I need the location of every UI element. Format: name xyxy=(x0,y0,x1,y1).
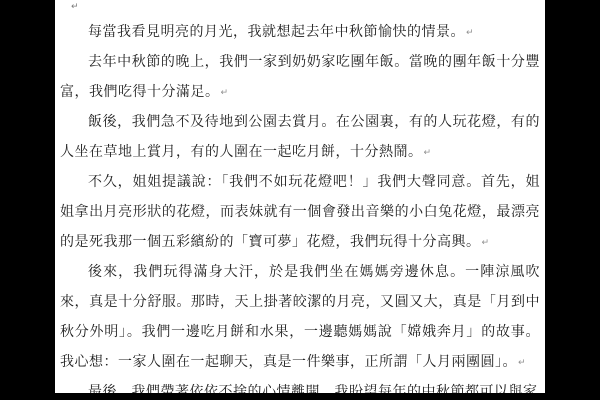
paragraph-text: 不久，姐姐提議說：「我們不如玩花燈吧！」我們大聲同意。首先，姐姐拿出月亮形狀的花… xyxy=(60,175,540,250)
paragraph-return-icon: ↵ xyxy=(220,88,229,98)
paragraph: 去年中秋節的晚上，我們一家到奶奶家吃團年飯。當晚的團年飯十分豐富，我們吃得十分滿… xyxy=(60,48,540,108)
essay-body: 每當我看見明亮的月光，我就想起去年中秋節愉快的情景。↵ 去年中秋節的晚上，我們一… xyxy=(60,0,540,393)
paragraph: 後來，我們玩得滿身大汗，於是我們坐在媽媽旁邊休息。一陣涼風吹來，真是十分舒服。那… xyxy=(60,258,540,378)
paragraph-text: 後來，我們玩得滿身大汗，於是我們坐在媽媽旁邊休息。一陣涼風吹來，真是十分舒服。那… xyxy=(60,265,540,370)
document-viewport: ↵ 每當我看見明亮的月光，我就想起去年中秋節愉快的情景。↵ 去年中秋節的晚上，我… xyxy=(0,0,600,400)
paragraph-text: 去年中秋節的晚上，我們一家到奶奶家吃團年飯。當晚的團年飯十分豐富，我們吃得十分滿… xyxy=(60,55,540,100)
paragraph: 最後，我們帶著依依不捨的心情離開，我盼望每年的中秋節都可以與家 xyxy=(60,378,540,393)
paragraph: 飯後，我們急不及待地到公園去賞月。在公園裏，有的人玩花燈，有的人坐在草地上賞月，… xyxy=(60,108,540,168)
paragraph-return-icon: ↵ xyxy=(465,28,474,38)
paragraph-return-icon: ↵ xyxy=(481,238,490,248)
paragraph: 不久，姐姐提議說：「我們不如玩花燈吧！」我們大聲同意。首先，姐姐拿出月亮形狀的花… xyxy=(60,168,540,258)
paragraph-text: 每當我看見明亮的月光，我就想起去年中秋節愉快的情景。 xyxy=(88,25,465,40)
paragraph-return-icon: ↵ xyxy=(517,358,526,368)
paragraph-text: 飯後，我們急不及待地到公園去賞月。在公園裏，有的人玩花燈，有的人坐在草地上賞月，… xyxy=(60,115,540,160)
paragraph-return-icon: ↵ xyxy=(423,148,432,158)
paragraph-return-icon xyxy=(538,388,539,393)
document-page: ↵ 每當我看見明亮的月光，我就想起去年中秋節愉快的情景。↵ 去年中秋節的晚上，我… xyxy=(55,0,545,393)
paragraph-text: 最後，我們帶著依依不捨的心情離開，我盼望每年的中秋節都可以與家 xyxy=(88,385,538,393)
paragraph: 每當我看見明亮的月光，我就想起去年中秋節愉快的情景。↵ xyxy=(60,18,540,48)
